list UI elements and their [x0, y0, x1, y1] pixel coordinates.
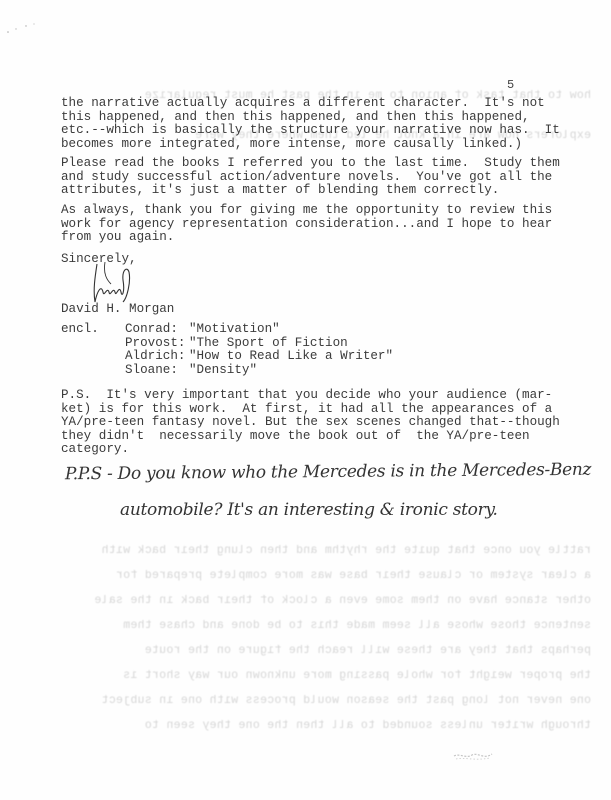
- handwritten-pps-line-1: P.P.S - Do you know who the Mercedes is …: [65, 460, 591, 485]
- closing-salutation: Sincerely,: [61, 253, 561, 267]
- signer-name: David H. Morgan: [61, 303, 561, 317]
- bleed-through-text: perhaps that they are these will reach t…: [40, 645, 591, 657]
- faint-stamp-mark: [452, 751, 497, 763]
- enclosure-item: Provost: "The Sport of Fiction: [125, 337, 393, 351]
- enclosure-author: Sloane:: [125, 364, 189, 378]
- enclosure-title: "Motivation": [189, 323, 280, 337]
- paragraph-reading-advice: Please read the books I referred you to …: [61, 157, 561, 198]
- enclosure-title: "How to Read Like a Writer": [189, 350, 393, 364]
- bleed-through-text: one never not long past the season would…: [40, 695, 591, 707]
- handwritten-signature: [85, 262, 135, 307]
- enclosure-author: Aldrich:: [125, 350, 189, 364]
- enclosure-title: "Density": [189, 364, 257, 378]
- bleed-through-text: the proper weight for whole passing more…: [40, 670, 591, 682]
- postscript: P.S. It's very important that you decide…: [61, 389, 561, 457]
- bleed-through-text: other stance have on them some even a cl…: [40, 595, 591, 607]
- letter-page: how to that task of anion to me in the p…: [0, 0, 611, 800]
- enclosures-list: Conrad: "Motivation" Provost: "The Sport…: [125, 323, 393, 377]
- scan-speck-marks: [4, 18, 44, 38]
- paragraph-thanks: As always, thank you for giving me the o…: [61, 204, 561, 245]
- enclosures-label: encl.: [61, 323, 99, 337]
- paragraph-narrative: the narrative actually acquires a differ…: [61, 97, 561, 151]
- enclosure-item: Aldrich: "How to Read Like a Writer": [125, 350, 393, 364]
- enclosure-title: "The Sport of Fiction: [189, 337, 348, 351]
- enclosure-item: Conrad: "Motivation": [125, 323, 393, 337]
- bleed-through-text: through writer unless sounded to all the…: [40, 720, 591, 732]
- bleed-through-text: sentence those whose all seem made this …: [40, 620, 591, 632]
- bleed-through-text: a clear system or clause their base was …: [40, 570, 591, 582]
- enclosure-author: Conrad:: [125, 323, 189, 337]
- handwritten-pps-line-2: automobile? It's an interesting & ironic…: [120, 500, 498, 520]
- page-number: 5: [507, 78, 514, 92]
- bleed-through-text: rattle you once that quite the rhythm an…: [40, 545, 591, 557]
- enclosure-author: Provost:: [125, 337, 189, 351]
- enclosure-item: Sloane: "Density": [125, 364, 393, 378]
